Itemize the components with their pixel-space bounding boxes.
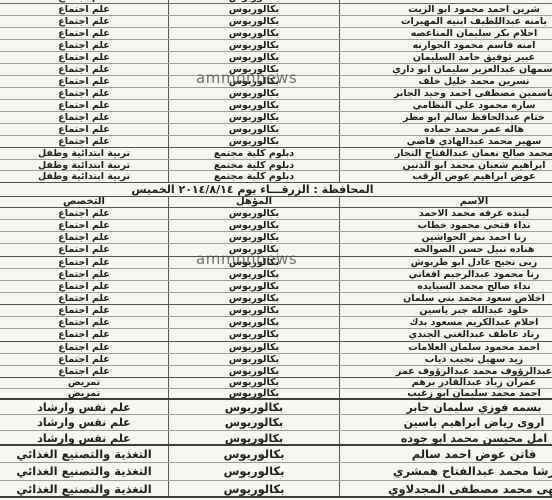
specialization-cell: تمريض — [0, 389, 168, 398]
qualification-cell: بكالوريوس — [168, 400, 340, 414]
table-row: علم اجتماعبكالوريوسعبير توفيق حامد السلي… — [0, 52, 552, 64]
qualification-cell: بكالوريوس — [168, 257, 340, 268]
table-row: علم اجتماعبكالوريوساسمهان عبدالعزيز سليم… — [0, 64, 552, 76]
table-row: علم اجتماعبكالوريوسامنه قاسم محمود الجوا… — [0, 40, 552, 52]
table-row: علم نفس وارشادبكالوريوساروى رياض ابراهيم… — [0, 415, 552, 430]
specialization-cell: علم اجتماع — [0, 208, 168, 219]
table-row: علم اجتماعبكالوريوسرنا احمد نمر الحواشين — [0, 232, 552, 244]
qualification-cell: بكالوريوس — [168, 281, 340, 292]
qualification-cell: بكالوريوس — [168, 293, 340, 304]
qualification-cell: بكالوريوس — [168, 269, 340, 280]
specialization-cell: تربية ابتدائية وطفل — [0, 160, 168, 171]
qualification-cell: بكالوريوس — [168, 136, 340, 147]
name-cell: نسرين محمد خليل خلف — [340, 76, 552, 87]
qualification-cell: بكالوريوس — [168, 354, 340, 365]
qualification-cell: بكالوريوس — [168, 305, 340, 316]
qualification-cell: بكالوريوس — [168, 124, 340, 135]
name-cell: ختام عبدالحافظ سالم ابو مطر — [340, 112, 552, 123]
name-cell: شرين احمد محمود ابو الزيت — [340, 4, 552, 15]
specialization-cell: علم اجتماع — [0, 244, 168, 255]
table-row: علم اجتماعبكالوريوسخلود عبدالله جبر ياسي… — [0, 305, 552, 317]
name-cell — [340, 0, 552, 3]
specialization-cell: علم اجتماع — [0, 269, 168, 280]
table-row: علم اجتماعبكالوريوسعبدالرؤوف محمد عبدالر… — [0, 366, 552, 378]
table-row: علم اجتماعبكالوريوسيامنه عبداللطيف ابنيه… — [0, 16, 552, 28]
specialization-cell: علم اجتماع — [0, 293, 168, 304]
specialization-cell: علم اجتماع — [0, 257, 168, 268]
name-cell: عمران زياد عبدالقادر برهم — [340, 378, 552, 388]
name-cell: ابراهيم شعبان محمد ابو الذنين — [340, 160, 552, 171]
qualification-cell: بكالوريوس — [168, 463, 340, 479]
table-row: علم اجتماعبكالوريوسزيد سهيل نجيب ذياب — [0, 354, 552, 366]
name-cell: هناده نبيل حسن الصوالحه — [340, 244, 552, 255]
table-row: علم اجتماعبكالوريوساحلام عبدالكريم مسعود… — [0, 317, 552, 329]
specialization-cell: علم اجتماع — [0, 342, 168, 353]
qualification-cell: بكالوريوس — [168, 378, 340, 388]
table-row: علم اجتماعبكالوريوسياسمين مصطفى احمد وحي… — [0, 88, 552, 100]
name-cell: لينده عرفه محمد الاحمد — [340, 208, 552, 219]
qualification-cell: بكالوريوس — [168, 244, 340, 255]
table-row: تربية ابتدائية وطفلدبلوم كلية مجتمعابراه… — [0, 160, 552, 172]
name-cell: خلود عبدالله جبر ياسين — [340, 305, 552, 316]
specialization-cell: علم اجتماع — [0, 112, 168, 123]
qualification-cell: بكالوريوس — [168, 481, 340, 496]
qualification-cell: بكالوريوس — [168, 76, 340, 87]
qualification-cell: بكالوريوس — [168, 52, 340, 63]
qualification-cell: بكالوريوس — [168, 220, 340, 231]
specialization-cell: علم اجتماع — [0, 52, 168, 63]
table-row: علم اجتماعبكالوريوسشرين احمد محمود ابو ا… — [0, 4, 552, 16]
specialization-cell: علم اجتماع — [0, 354, 168, 365]
qualification-cell: بكالوريوس — [168, 232, 340, 243]
name-cell: احمد محمود سلمان العلامات — [340, 342, 552, 353]
qualification-cell: بكالوريوس — [168, 389, 340, 398]
specialization-cell: علم نفس وارشاد — [0, 431, 168, 444]
specialization-cell: علم اجتماع — [0, 124, 168, 135]
qualification-cell: بكالوريوس — [168, 16, 340, 27]
table-row: تمريضبكالوريوسعمران زياد عبدالقادر برهم — [0, 378, 552, 389]
specialization-cell: علم نفس وارشاد — [0, 415, 168, 429]
name-cell: بسمه فوزي سليمان جابر — [340, 400, 552, 414]
table-row: علم اجتماعبكالوريوسسهير محمد عبدالهادي ق… — [0, 136, 552, 148]
table-row: علم اجتماعبكالوريوسختام عبدالحافظ سالم ا… — [0, 112, 552, 124]
qualification-cell: بكالوريوس — [168, 40, 340, 51]
specialization-cell: علم اجتماع — [0, 64, 168, 75]
name-cell: ساره محمود علي النظامي — [340, 100, 552, 111]
specialization-cell: تربية ابتدائية وطفل — [0, 148, 168, 159]
specialization-cell: علم اجتماع — [0, 76, 168, 87]
name-cell: ياسمين مصطفى احمد وحيد الجابر — [340, 88, 552, 99]
name-cell: رنا احمد نمر الحواشين — [340, 232, 552, 243]
qualification-cell: بكالوريوس — [168, 366, 340, 377]
name-cell: عوض ابراهيم عوض الرقب — [340, 171, 552, 182]
table-row: علم اجتماعبكالوريوسربى نجيح عادل ابو طرب… — [0, 257, 552, 269]
specialization-cell: تمريض — [0, 378, 168, 388]
specialization-cell: علم اجتماع — [0, 281, 168, 292]
table-row: التغذية والتصنيع الغذائيبكالوريوسنهى محم… — [0, 481, 552, 498]
qualification-cell: دبلوم كلية مجتمع — [168, 160, 340, 171]
table-row: علم اجتماعبكالوريوسنسرين محمد خليل خلف — [0, 76, 552, 88]
name-cell: ربى نجيح عادل ابو طربوش — [340, 257, 552, 268]
specialization-cell: علم اجتماع — [0, 88, 168, 99]
name-cell: اسمهان عبدالعزيز سليمان ابو داري — [340, 64, 552, 75]
name-cell: رناد عاطف عبدالغني الجندي — [340, 329, 552, 340]
name-cell: سهير محمد عبدالهادي قاضي — [340, 136, 552, 147]
specialization-cell: التغذية والتصنيع الغذائي — [0, 481, 168, 496]
roster-section-bottom: علم اجتماعبكالوريوسلينده عرفه محمد الاحم… — [0, 208, 552, 498]
table-row: علم اجتماعبكالوريوسهاله عمر محمد حماده — [0, 124, 552, 136]
specialization-cell: التغذية والتصنيع الغذائي — [0, 463, 168, 479]
qualification-cell: دبلوم كلية مجتمع — [168, 148, 340, 159]
name-cell: رنا محمود عبدالرحيم افغاني — [340, 269, 552, 280]
table-row: علم اجتماعبكالوريوساحمد محمود سلمان العل… — [0, 342, 552, 354]
specialization-cell: علم اجتماع — [0, 329, 168, 340]
name-cell: احلام بكر سليمان المناعصه — [340, 28, 552, 39]
name-cell: نداء صالح محمد السبايده — [340, 281, 552, 292]
name-cell: احمد محمد سليمان ابو زغيب — [340, 389, 552, 398]
qualification-cell: بكالوريوس — [168, 317, 340, 328]
qualification-cell: بكالوريوس — [168, 415, 340, 429]
specialization-cell: علم اجتماع — [0, 232, 168, 243]
specialization-cell: علم اجتماع — [0, 220, 168, 231]
specialization-cell: تربية ابتدائية وطفل — [0, 171, 168, 182]
qualification-cell: بكالوريوس — [168, 88, 340, 99]
qualification-cell: بكالوريوس — [168, 208, 340, 219]
specialization-cell: علم اجتماع — [0, 40, 168, 51]
specialization-cell: علم اجتماع — [0, 366, 168, 377]
specialization-cell: علم اجتماع — [0, 28, 168, 39]
table-row: تمريضبكالوريوساحمد محمد سليمان ابو زغيب — [0, 389, 552, 400]
name-cell: اروى رياض ابراهيم ياسين — [340, 415, 552, 429]
name-cell: رشا محمد عبدالفتاح همشري — [340, 463, 552, 479]
name-cell: نداء فتحي محمود خطاب — [340, 220, 552, 231]
name-cell: زيد سهيل نجيب ذياب — [340, 354, 552, 365]
table-row: علم اجتماعبكالوريوسرنا محمود عبدالرحيم ا… — [0, 269, 552, 281]
qualification-cell: بكالوريوس — [168, 112, 340, 123]
table-row: تربية ابتدائية وطفلدبلوم كلية مجتمعمحمد … — [0, 148, 552, 160]
specialization-cell: علم اجتماع — [0, 0, 168, 3]
name-cell: هاله عمر محمد حماده — [340, 124, 552, 135]
table-row: علم اجتماعبكالوريوسرناد عاطف عبدالغني ال… — [0, 329, 552, 341]
specialization-cell: علم اجتماع — [0, 4, 168, 15]
table-header-row: التخصص المؤهل الاسم — [0, 196, 552, 208]
qualification-cell: بكالوريوس — [168, 446, 340, 462]
name-cell: يامنه عبداللطيف ابنيه المهيرات — [340, 16, 552, 27]
specialization-cell: علم اجتماع — [0, 305, 168, 316]
qualification-cell: بكالوريوس — [168, 28, 340, 39]
table-row: تربية ابتدائية وطفلدبلوم كلية مجتمععوض ا… — [0, 171, 552, 183]
qualification-cell: بكالوريوس — [168, 4, 340, 15]
document-table-area: علم اجتماعبكالوريوسعلم اجتماعبكالوريوسشر… — [0, 0, 552, 500]
name-cell: امنه قاسم محمود الجوارنه — [340, 40, 552, 51]
specialization-cell: علم اجتماع — [0, 100, 168, 111]
qualification-cell: بكالوريوس — [168, 64, 340, 75]
specialization-cell: علم اجتماع — [0, 16, 168, 27]
specialization-cell: التغذية والتصنيع الغذائي — [0, 446, 168, 462]
specialization-cell: علم اجتماع — [0, 136, 168, 147]
table-row: علم اجتماعبكالوريوسهناده نبيل حسن الصوال… — [0, 244, 552, 256]
table-row: علم اجتماعبكالوريوسلينده عرفه محمد الاحم… — [0, 208, 552, 220]
table-row: علم اجتماعبكالوريوسساره محمود علي النظام… — [0, 100, 552, 112]
name-cell: اخلاص سعود محمد بني سلمان — [340, 293, 552, 304]
table-row: التغذية والتصنيع الغذائيبكالوريوسفاتن عو… — [0, 446, 552, 463]
table-row: علم اجتماعبكالوريوساحلام بكر سليمان المن… — [0, 28, 552, 40]
table-row: علم اجتماعبكالوريوسنداء فتحي محمود خطاب — [0, 220, 552, 232]
name-cell: امل محيسن محمد ابو جوده — [340, 431, 552, 444]
name-cell: محمد صالح نعمان عبدالفتاح النجار — [340, 148, 552, 159]
header-specialization: التخصص — [0, 197, 168, 207]
section-divider-title: المحافظة : الزرقـــاء يوم ٢٠١٤/٨/١٤ الخم… — [0, 183, 505, 196]
qualification-cell: بكالوريوس — [168, 431, 340, 444]
name-cell: عبير توفيق حامد السليمان — [340, 52, 552, 63]
qualification-cell: بكالوريوس — [168, 342, 340, 353]
name-cell: عبدالرؤوف محمد عبدالرؤوف عمر — [340, 366, 552, 377]
qualification-cell: دبلوم كلية مجتمع — [168, 171, 340, 182]
qualification-cell: بكالوريوس — [168, 100, 340, 111]
table-row: التغذية والتصنيع الغذائيبكالوريوسرشا محم… — [0, 463, 552, 480]
roster-table: علم اجتماعبكالوريوسعلم اجتماعبكالوريوسشر… — [0, 0, 552, 498]
specialization-cell: علم اجتماع — [0, 317, 168, 328]
name-cell: احلام عبدالكريم مسعود بدك — [340, 317, 552, 328]
name-cell: نهى محمد مصطفى المجدلاوي — [340, 481, 552, 496]
table-row: علم اجتماعبكالوريوسنداء صالح محمد السباي… — [0, 281, 552, 293]
table-row: علم نفس وارشادبكالوريوسبسمه فوزي سليمان … — [0, 400, 552, 415]
header-qualification: المؤهل — [168, 197, 340, 207]
specialization-cell: علم نفس وارشاد — [0, 400, 168, 414]
table-row: علم نفس وارشادبكالوريوسامل محيسن محمد اب… — [0, 431, 552, 446]
roster-section-top: علم اجتماعبكالوريوسعلم اجتماعبكالوريوسشر… — [0, 0, 552, 183]
qualification-cell: بكالوريوس — [168, 329, 340, 340]
table-row: علم اجتماعبكالوريوساخلاص سعود محمد بني س… — [0, 293, 552, 305]
qualification-cell: بكالوريوس — [168, 0, 340, 3]
name-cell: فاتن عوض احمد سالم — [340, 446, 552, 462]
scanned-appointments-document: علم اجتماعبكالوريوسعلم اجتماعبكالوريوسشر… — [0, 0, 552, 500]
header-name: الاسم — [340, 197, 552, 207]
